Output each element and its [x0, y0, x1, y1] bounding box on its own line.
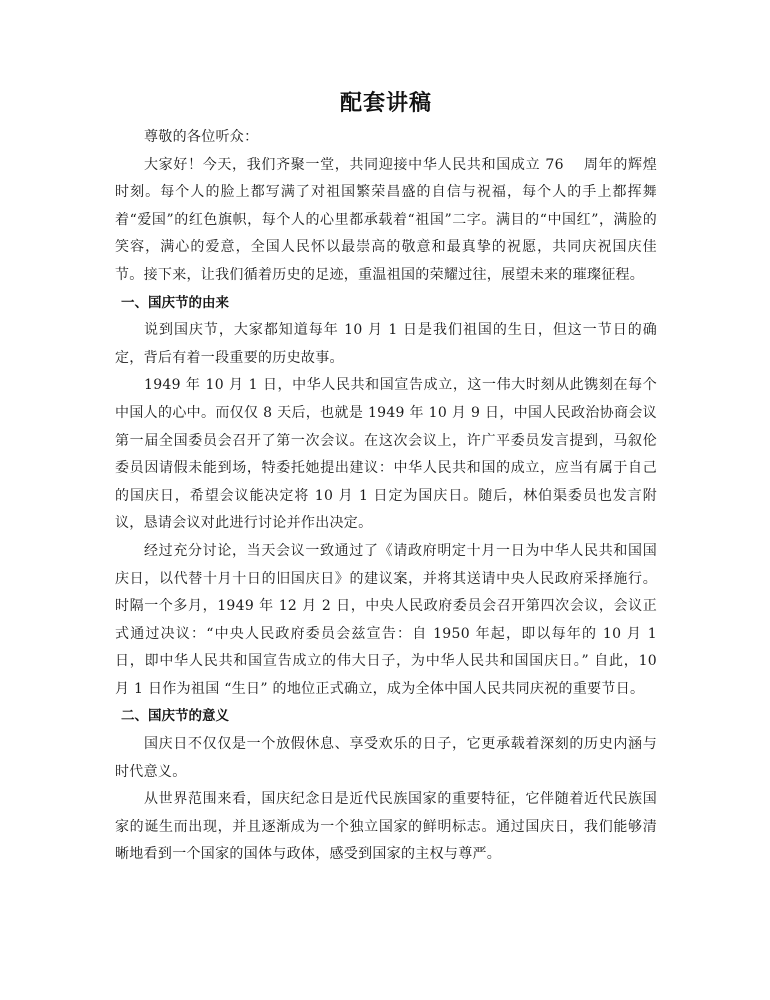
paragraph: 经过充分讨论，当天会议一致通过了《请政府明定十月一日为中华人民共和国国庆日，以代… [115, 538, 657, 704]
section-heading-significance: 二、国庆节的意义 [115, 703, 657, 731]
paragraph: 从世界范围来看，国庆纪念日是近代民族国家的重要特征，它伴随着近代民族国家的诞生而… [115, 786, 657, 869]
salutation: 尊敬的各位听众： [115, 124, 657, 152]
section-heading-origin: 一、国庆节的由来 [115, 290, 657, 318]
paragraph: 1949 年 10 月 1 日，中华人民共和国宣告成立，这一伟大时刻从此镌刻在每… [115, 372, 657, 538]
document-title: 配套讲稿 [115, 86, 657, 122]
intro-paragraph: 大家好！今天，我们齐聚一堂，共同迎接中华人民共和国成立 76 周年的辉煌时刻。每… [115, 152, 657, 290]
paragraph: 国庆日不仅仅是一个放假休息、享受欢乐的日子，它更承载着深刻的历史内涵与时代意义。 [115, 731, 657, 786]
document-page: 配套讲稿 尊敬的各位听众： 大家好！今天，我们齐聚一堂，共同迎接中华人民共和国成… [115, 86, 657, 869]
paragraph: 说到国庆节，大家都知道每年 10 月 1 日是我们祖国的生日，但这一节日的确定，… [115, 317, 657, 372]
